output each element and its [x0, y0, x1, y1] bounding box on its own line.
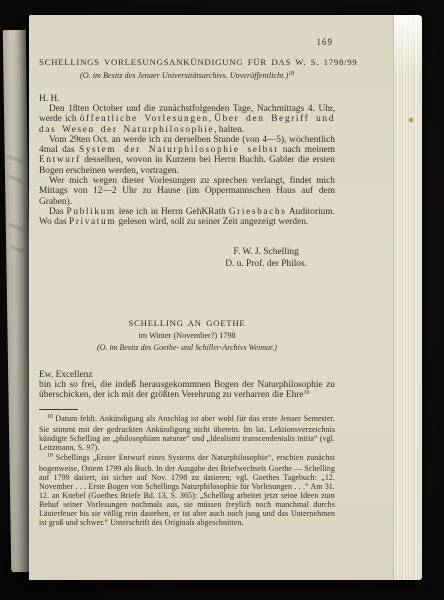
emphasized-spaced-text: öffentliche Vorlesungen	[80, 114, 209, 124]
showthrough-mark	[8, 175, 23, 183]
section1-source-text: (O. im Besitz des Jenaer Universitätsarc…	[80, 71, 288, 80]
footnote-text: Schellings „Erster Entwurf eines Systems…	[39, 453, 335, 528]
text-column: 169 SCHELLINGS VORLESUNGSANKÜNDIGUNG FÜR…	[39, 15, 335, 527]
fore-edge-highlight	[394, 15, 422, 75]
paragraph-letter-body: bin ich so frei, die indeß herausgekommn…	[39, 380, 335, 402]
section1-source-line: (O. im Besitz des Jenaer Universitätsarc…	[39, 71, 335, 80]
footnote-marker: 18	[47, 414, 53, 420]
paragraph-system-lectures: Vom 29ten Oct. an werde ich zu derselben…	[39, 135, 335, 176]
section2-footnote-ref: 19	[304, 390, 310, 396]
signature: F. W. J. Schelling D. u. Prof. der Philo…	[225, 246, 307, 270]
footnote-separator-rule	[39, 409, 78, 410]
section2-date-line: im Winter (November?) 1798	[39, 331, 335, 340]
showthrough-mark	[8, 223, 24, 231]
paragraph-text: Wer mich wegen dieser Vorlesungen zu spr…	[39, 176, 335, 207]
paragraph-text: bin ich so frei, die indeß herausgekommn…	[39, 380, 335, 400]
paragraph-text: lese ich in Herrn GehKRath	[116, 207, 229, 217]
section2: SCHELLING AN GOETHE im Winter (November?…	[39, 318, 335, 402]
paragraph-text: gelesen wird, soll zu seiner Zeit angeze…	[116, 217, 308, 227]
paragraph-text: nach meinem	[278, 145, 335, 155]
paragraph-text: , halten.	[214, 125, 244, 135]
emphasized-spaced-text: Privatum	[69, 217, 116, 227]
footnote-18: 18 Datum fehlt. Ankündigung als Anschlag…	[39, 414, 335, 452]
paragraph-text: desselben, wovon in Kurzem bei Herrn Buc…	[39, 155, 335, 175]
paragraph-public-lectures: Den 18ten October und die zunächstfolgen…	[39, 104, 335, 135]
section1-salutation: H. H.	[39, 94, 335, 104]
footnote-19: 19 Schellings „Erster Entwurf eines Syst…	[39, 453, 335, 528]
book-photo-scene: 169 SCHELLINGS VORLESUNGSANKÜNDIGUNG FÜR…	[0, 0, 444, 600]
section2-title: SCHELLING AN GOETHE	[39, 318, 335, 328]
fore-edge-page-stack	[393, 15, 422, 580]
paragraph-auditorium: Das Publikum lese ich in Herrn GehKRath …	[39, 207, 335, 228]
section1-footnote-ref: 18	[288, 71, 294, 77]
emphasized-spaced-text: System der Naturphilosophie selbst	[79, 145, 278, 155]
emphasized-spaced-text: Griesbachs	[229, 207, 287, 217]
page-number: 169	[39, 37, 335, 47]
footnote-marker: 19	[47, 453, 53, 459]
showthrough-mark	[7, 155, 23, 164]
signature-title: D. u. Prof. der Philos.	[225, 258, 307, 270]
section2-source-line: (O. im Besitz des Goethe- und Schiller-A…	[39, 343, 335, 352]
book-page: 169 SCHELLINGS VORLESUNGSANKÜNDIGUNG FÜR…	[29, 15, 422, 580]
emphasized-spaced-text: Publikum	[67, 207, 116, 217]
section1-title: SCHELLINGS VORLESUNGSANKÜNDIGUNG FÜR DAS…	[39, 57, 335, 67]
footnote-text: Datum fehlt. Ankündigung als Anschlag is…	[39, 414, 335, 452]
paper-speck	[409, 118, 413, 122]
section2-salutation: Ew. Excellenz	[39, 370, 335, 380]
showthrough-mark	[10, 246, 23, 253]
signature-name: F. W. J. Schelling	[225, 246, 307, 258]
signature-block: F. W. J. Schelling D. u. Prof. der Philo…	[39, 246, 307, 270]
emphasized-spaced-text: Entwurf	[39, 155, 81, 165]
paragraph-office-hours: Wer mich wegen dieser Vorlesungen zu spr…	[39, 176, 335, 207]
paragraph-text: Das	[49, 207, 67, 217]
